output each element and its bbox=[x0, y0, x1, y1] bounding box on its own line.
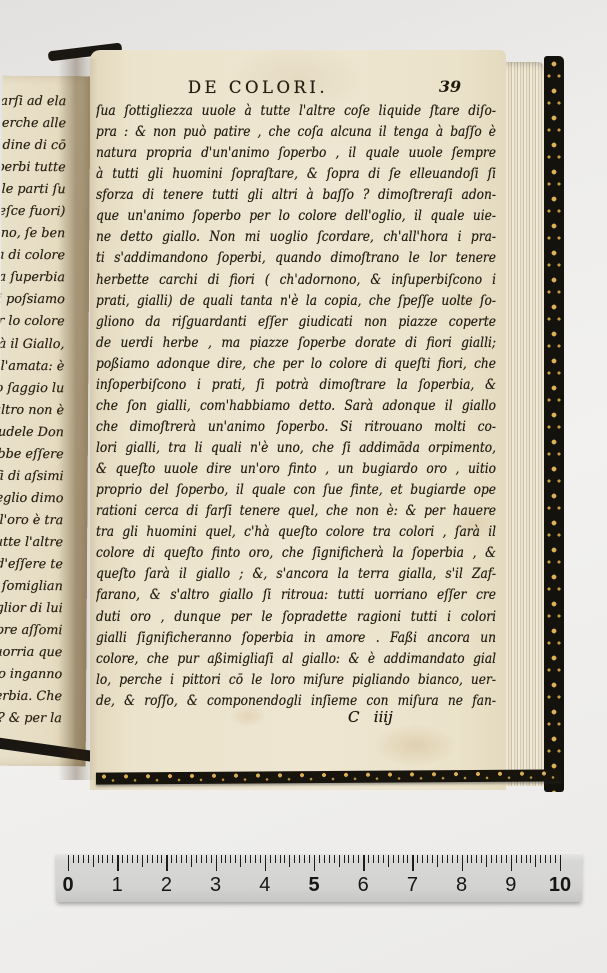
text-line: prati, gialli) de quali tanta n'è la cop… bbox=[96, 293, 496, 314]
left-page-text-fragment: o noi poſsiamo bbox=[0, 291, 65, 314]
ruler-number: 8 bbox=[447, 874, 477, 897]
left-page-text-fragment: gnaſi di aſsimi bbox=[0, 467, 64, 490]
ruler-number: 2 bbox=[151, 874, 181, 897]
text-line: inſoperbiſcono i prati, ſi potrà dimoſtr… bbox=[96, 377, 496, 398]
ruler-number: 6 bbox=[348, 874, 378, 897]
text-line: colore di queſto finto oro, che ſignific… bbox=[96, 545, 496, 566]
left-page-text-fragment: di tutte l'altre bbox=[0, 533, 63, 556]
text-line: ti s'addimandono ſoperbi, quando dimoſtr… bbox=[96, 250, 496, 271]
text-line: ne detto giallo. Non mi uoglio ſcordare,… bbox=[96, 229, 496, 250]
text-line: pra : & non può patire , che coſa alcuna… bbox=[96, 124, 496, 145]
book-page: DE COLORI. 39 ſua ſottigliezza uuole à t… bbox=[90, 50, 506, 790]
left-page-text-fragment: anda di colore bbox=[0, 247, 65, 270]
page-number: 39 bbox=[430, 77, 470, 96]
left-page-text-fragment: che l'oro è tra bbox=[0, 511, 63, 534]
text-line: che dimoſtrerà un'animo ſoperbo. Si ritr… bbox=[96, 419, 496, 440]
text-line: & queſto uuole dire un'oro finto , un bu… bbox=[96, 461, 496, 482]
text-line: à tutti gli huomini ſopraſtare, & ſopra … bbox=[96, 166, 496, 187]
ruler-number: 7 bbox=[397, 874, 427, 897]
left-page-text-fragment: ſuetudine di cō bbox=[0, 137, 66, 160]
ruler-number: 1 bbox=[102, 874, 132, 897]
text-line: che ſon gialli, com'habbiamo detto. Sarà… bbox=[96, 398, 496, 419]
left-page-text-fragment: uno ſaggio lu bbox=[0, 379, 64, 402]
ruler-numbers: 012345678910 bbox=[56, 852, 582, 902]
ruler-number: 5 bbox=[299, 874, 329, 897]
text-line: gialli ſignificheranno ſoperbia in amore… bbox=[96, 630, 496, 651]
left-page: miliarſi ad ela; perche alleſuetudine di… bbox=[0, 76, 90, 767]
text-line: farano, & s'altro giallo ſi ritroua: tut… bbox=[96, 587, 496, 608]
left-page-text-fragment: meglio dimo bbox=[0, 489, 64, 512]
gathering-signature: C iiij bbox=[348, 708, 393, 726]
text-line: ſua ſottigliezza uuole à tutte l'altre c… bbox=[96, 103, 496, 124]
text-block: ſua ſottigliezza uuole à tutte l'altre c… bbox=[96, 103, 496, 714]
left-page-text-fragment: nte ſomiglian bbox=[0, 578, 63, 601]
text-line: que un'animo ſoperbo per lo colore dell'… bbox=[96, 208, 496, 229]
left-page-text-fragment: nelle parti ſu bbox=[0, 181, 66, 204]
fore-edge-pages bbox=[506, 62, 544, 786]
left-page-text-fragment: nell'amata: è bbox=[0, 357, 64, 380]
left-page-text-fragment: utti d'eſſere te bbox=[0, 555, 63, 578]
text-line: herbette carchi di fiori ( ch'adornono, … bbox=[96, 272, 496, 293]
ruler-number: 0 bbox=[53, 874, 83, 897]
text-line: tra gli huomini quel, c'hà queſto colore… bbox=[96, 524, 496, 545]
text-line: proprio del ſoperbo, il quale con ſue fi… bbox=[96, 482, 496, 503]
text-line: lo, perche i pittori cō le loro miſure p… bbox=[96, 672, 496, 693]
ruler-number: 9 bbox=[496, 874, 526, 897]
text-line: natura propria d'un'animo ſoperbo , il q… bbox=[96, 145, 496, 166]
text-line: poßiamo adonque dire, che per lo colore … bbox=[96, 356, 496, 377]
left-page-text-fragment: ; perche alle bbox=[0, 115, 66, 138]
left-page-text-fragment: miglior di lui bbox=[0, 600, 63, 623]
gilt-binding-right-edge bbox=[544, 56, 564, 792]
text-line: gliono da riſguardanti eſſer giudicati n… bbox=[96, 314, 496, 335]
left-page-text-fragment: ſuperbia. Che bbox=[0, 688, 62, 711]
running-header: DE COLORI. bbox=[148, 78, 368, 97]
left-page-text-fragment: amo ? & per la bbox=[0, 710, 62, 733]
left-page-text-fragment: lui uorria que bbox=[0, 644, 62, 667]
left-page-text-fragment: crudele Don bbox=[0, 423, 64, 446]
left-page-text-fragment: eſcano, ſe ben bbox=[0, 225, 65, 248]
text-line: colore, che pur aßimigliaſi al giallo: &… bbox=[96, 651, 496, 672]
left-page-text-fragment: per lo colore bbox=[0, 313, 65, 336]
text-line: sforza di tenere tutti gli altri à baſſo… bbox=[96, 187, 496, 208]
left-page-text-fragment: on eſce fuori) bbox=[0, 203, 66, 226]
text-line: de uerdi herbe , ma piazze ſoperbe dorat… bbox=[96, 335, 496, 356]
text-line: rationi cerca di farſi tenere quel, che … bbox=[96, 503, 496, 524]
left-page-text-fragment: ſarà il Giallo, bbox=[0, 335, 65, 358]
left-page-text-fragment: ſoperbi tutte bbox=[0, 159, 66, 182]
text-line: duti oro , dunque per le ſopradette ragi… bbox=[96, 609, 496, 630]
left-page-text-fragment: orrebbe eſſere bbox=[0, 445, 64, 468]
photo-background: miliarſi ad ela; perche alleſuetudine di… bbox=[0, 0, 607, 973]
left-page-text-fragment: miliarſi ad ela bbox=[0, 93, 66, 116]
text-line: lori gialli, tra li quali n'è uno, che ſ… bbox=[96, 440, 496, 461]
ruler-number: 3 bbox=[201, 874, 231, 897]
ruler: 012345678910 bbox=[56, 852, 582, 902]
ruler-number: 10 bbox=[545, 874, 575, 897]
left-page-text-fragment: la ſuperbia bbox=[0, 269, 65, 292]
left-page-text-fragment: he ſēpre aſſomi bbox=[0, 622, 63, 645]
left-page-text-fragment: ut'altro non è bbox=[0, 401, 64, 424]
left-page-text-fragment: edemo inganno bbox=[0, 666, 62, 689]
text-line: de, & roſſo, & componendogli inſieme con… bbox=[96, 693, 496, 714]
ruler-number: 4 bbox=[250, 874, 280, 897]
text-line: queſto ſarà il giallo ; &, s'ancora la t… bbox=[96, 566, 496, 587]
